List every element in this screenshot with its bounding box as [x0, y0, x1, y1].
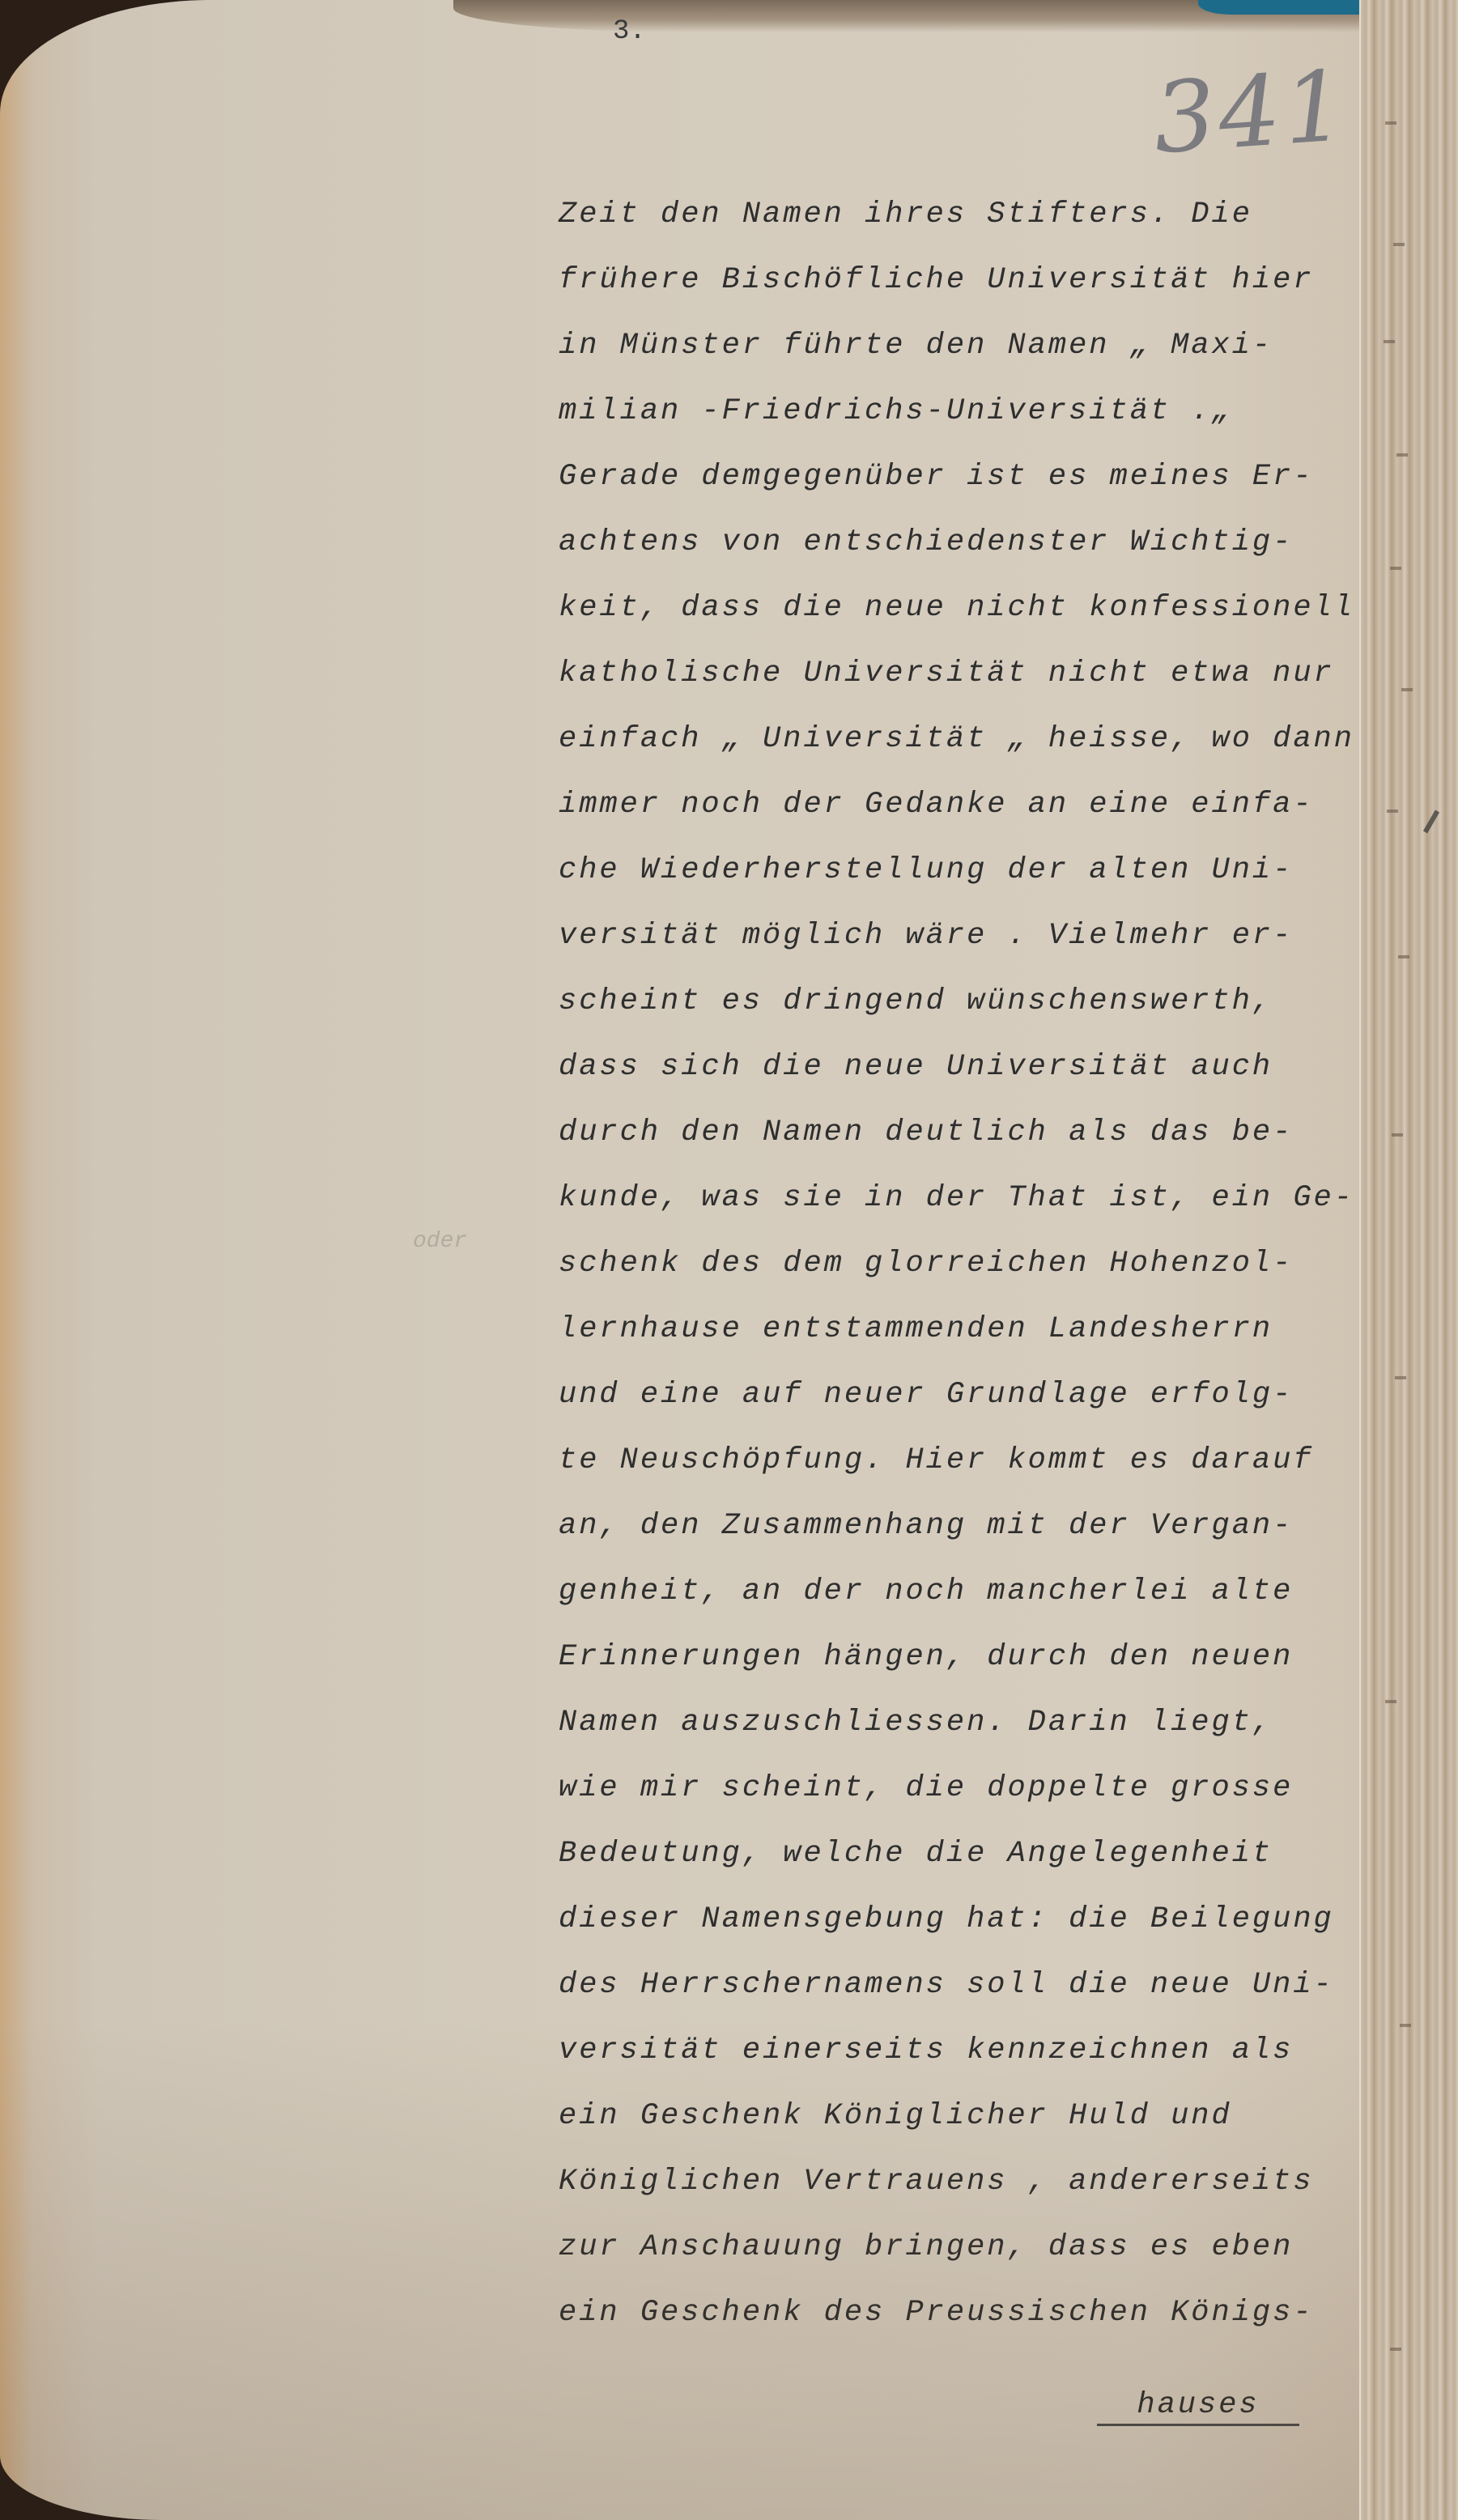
edge-mark [1400, 2024, 1411, 2027]
text-line: kunde, was sie in der That ist, ein Ge- [559, 1166, 1376, 1231]
edge-mark [1392, 1133, 1403, 1137]
text-line: che Wiederherstellung der alten Uni- [559, 838, 1376, 903]
edge-mark [1393, 243, 1405, 246]
text-line: in Münster führte den Namen „ Maxi- [559, 313, 1376, 379]
book-page-edges [1359, 0, 1458, 2520]
text-line: durch den Namen deutlich als das be- [559, 1100, 1376, 1166]
edge-mark [1395, 1376, 1406, 1379]
text-line: versität möglich wäre . Vielmehr er- [559, 903, 1376, 969]
text-line: ein Geschenk des Preussischen Königs- [559, 2280, 1376, 2346]
text-line: dieser Namensgebung hat: die Beilegung [559, 1887, 1376, 1953]
text-line: achtens von entschiedenster Wichtig- [559, 510, 1376, 576]
text-line: einfach „ Universität „ heisse, wo dann [559, 707, 1376, 772]
text-line: Zeit den Namen ihres Stifters. Die [559, 182, 1376, 248]
text-line: keit, dass die neue nicht konfessionell- [559, 576, 1376, 641]
text-line: schenk des dem glorreichen Hohenzol- [559, 1231, 1376, 1297]
edge-mark [1384, 340, 1395, 343]
text-line: lernhause entstammenden Landesherrn [559, 1297, 1376, 1362]
text-line: scheint es dringend wünschenswerth, [559, 969, 1376, 1035]
edge-mark [1396, 453, 1408, 457]
page-number: 3. [613, 16, 646, 47]
text-line: Namen auszuschliessen. Darin liegt, [559, 1690, 1376, 1756]
text-line: zur Anschauung bringen, dass es eben [559, 2215, 1376, 2280]
catchword: hauses [1097, 2388, 1299, 2426]
document-page: 3. 341 oder Zeit den Namen ihres Stifter… [0, 0, 1392, 2520]
edge-mark [1385, 1700, 1396, 1703]
text-line: te Neuschöpfung. Hier kommt es darauf [559, 1428, 1376, 1494]
edge-mark [1387, 810, 1398, 813]
text-line: an, den Zusammenhang mit der Vergan- [559, 1494, 1376, 1559]
text-line: immer noch der Gedanke an eine einfa- [559, 772, 1376, 838]
edge-mark [1390, 2348, 1401, 2351]
text-line: Bedeutung, welche die Angelegenheit [559, 1821, 1376, 1887]
edge-mark [1390, 567, 1401, 570]
text-line: des Herrschernamens soll die neue Uni- [559, 1953, 1376, 2018]
typewritten-body: Zeit den Namen ihres Stifters. Diefrüher… [559, 182, 1376, 2346]
text-line: und eine auf neuer Grundlage erfolg- [559, 1362, 1376, 1428]
text-line: frühere Bischöfliche Universität hier [559, 248, 1376, 313]
text-line: genheit, an der noch mancherlei alte [559, 1559, 1376, 1625]
text-line: katholische Universität nicht etwa nur [559, 641, 1376, 707]
edge-mark [1401, 688, 1413, 691]
text-line: wie mir scheint, die doppelte grosse [559, 1756, 1376, 1821]
text-line: ein Geschenk Königlicher Huld und [559, 2084, 1376, 2149]
folio-number-handwritten: 341 [1150, 50, 1352, 176]
text-line: milian -Friedrichs-Universität .„ [559, 379, 1376, 444]
text-line: versität einerseits kennzeichnen als [559, 2018, 1376, 2084]
text-line: Erinnerungen hängen, durch den neuen [559, 1625, 1376, 1690]
text-line: Gerade demgegenüber ist es meines Er- [559, 444, 1376, 510]
edge-mark [1385, 121, 1396, 125]
text-line: Königlichen Vertrauens , andererseits [559, 2149, 1376, 2215]
edge-mark [1398, 955, 1409, 958]
margin-note-faint: oder [413, 1229, 467, 1254]
text-line: dass sich die neue Universität auch [559, 1035, 1376, 1100]
